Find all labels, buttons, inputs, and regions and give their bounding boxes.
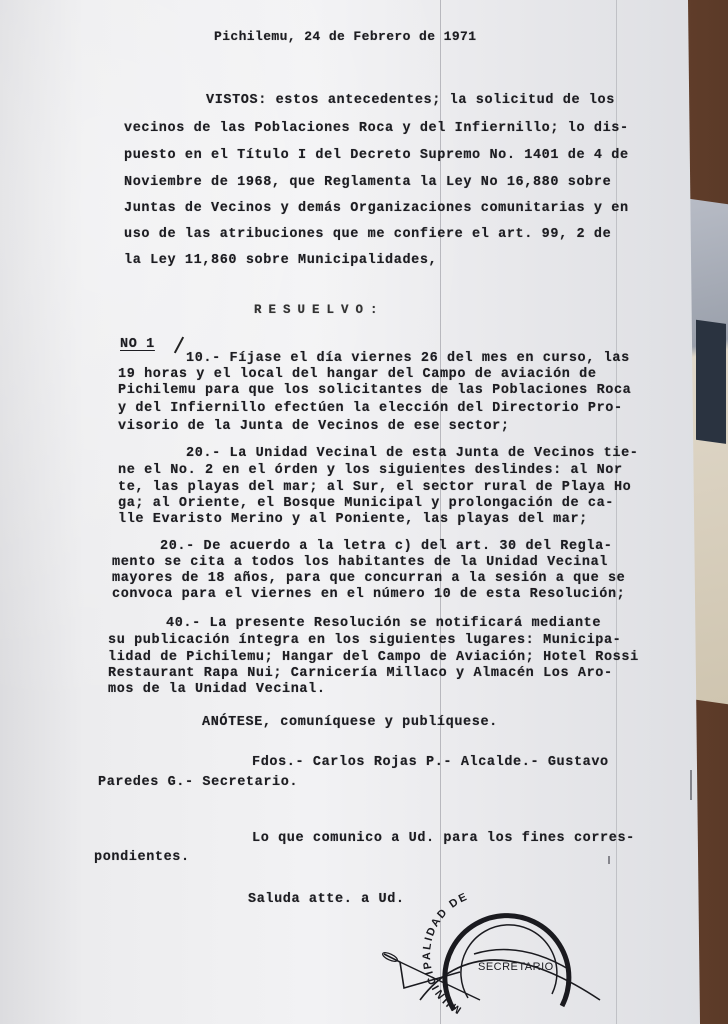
resuelvo-heading: RESUELVO: (254, 304, 385, 317)
vistos-line: uso de las atribuciones que me confiere … (124, 228, 611, 242)
underline-slash-mark (174, 337, 184, 354)
item-line: ne el No. 2 en el órden y los siguientes… (118, 464, 623, 478)
signatory-line: Fdos.- Carlos Rojas P.- Alcalde.- Gustav… (252, 756, 609, 770)
item-line: 10.- Fíjase el día viernes 26 del mes en… (186, 352, 630, 366)
item-line: ga; al Oriente, el Bosque Municipal y pr… (118, 497, 614, 511)
underlying-print-block (696, 320, 726, 444)
transmittal-line: Lo que comunico a Ud. para los fines cor… (252, 832, 635, 846)
item-line: te, las playas del mar; al Sur, el secto… (118, 481, 631, 495)
resolution-number: NO 1 (120, 338, 155, 352)
item-line: 20.- La Unidad Vecinal de esta Junta de … (186, 447, 638, 461)
vistos-line: puesto en el Título I del Decreto Suprem… (124, 149, 629, 163)
transmittal-line: pondientes. (94, 851, 190, 865)
vistos-line: Noviembre de 1968, que Reglamenta la Ley… (124, 176, 611, 190)
item-line: convoca para el viernes en el número 10 … (112, 588, 625, 602)
item-line: 19 horas y el local del hangar del Campo… (118, 368, 597, 382)
item-line: 20.- De acuerdo a la letra c) del art. 3… (160, 540, 612, 554)
seal-and-signature-icon: MUNICIPALIDAD DE SECRETARIO (370, 890, 610, 1024)
item-line: 40.- La presente Resolución se notificar… (166, 617, 601, 631)
typewritten-document: Pichilemu, 24 de Febrero de 1971 VISTOS:… (0, 0, 700, 1024)
item-line: mos de la Unidad Vecinal. (108, 683, 326, 697)
item-line: mayores de 18 años, para que concurran a… (112, 572, 625, 586)
svg-text:MUNICIPALIDAD DE: MUNICIPALIDAD DE (421, 890, 470, 1015)
item-line: visorio de la Junta de Vecinos de ese se… (118, 420, 510, 434)
item-line: lle Evaristo Merino y al Poniente, las p… (118, 513, 588, 527)
closing-formula: ANÓTESE, comuníquese y publíquese. (202, 716, 498, 730)
ink-mark (608, 856, 610, 864)
vistos-line: Juntas de Vecinos y demás Organizaciones… (124, 202, 629, 216)
item-line: Restaurant Rapa Nui; Carnicería Millaco … (108, 667, 613, 681)
item-line: su publicación íntegra en los siguientes… (108, 634, 621, 648)
vistos-line: vecinos de las Poblaciones Roca y del In… (124, 122, 629, 136)
item-line: lidad de Pichilemu; Hangar del Campo de … (108, 651, 639, 665)
ink-mark (690, 770, 692, 800)
item-line: mento se cita a todos los habitantes de … (112, 556, 608, 570)
signatory-line: Paredes G.- Secretario. (98, 776, 298, 790)
municipal-seal-stamp: MUNICIPALIDAD DE SECRETARIO (370, 890, 610, 1024)
place-date: Pichilemu, 24 de Febrero de 1971 (214, 30, 476, 43)
vistos-line: VISTOS: estos antecedentes; la solicitud… (206, 94, 615, 108)
item-line: Pichilemu para que los solicitantes de l… (118, 384, 631, 398)
item-line: y del Infiernillo efectúen la elección d… (118, 402, 623, 416)
vistos-line: la Ley 11,860 sobre Municipalidades, (124, 254, 437, 268)
